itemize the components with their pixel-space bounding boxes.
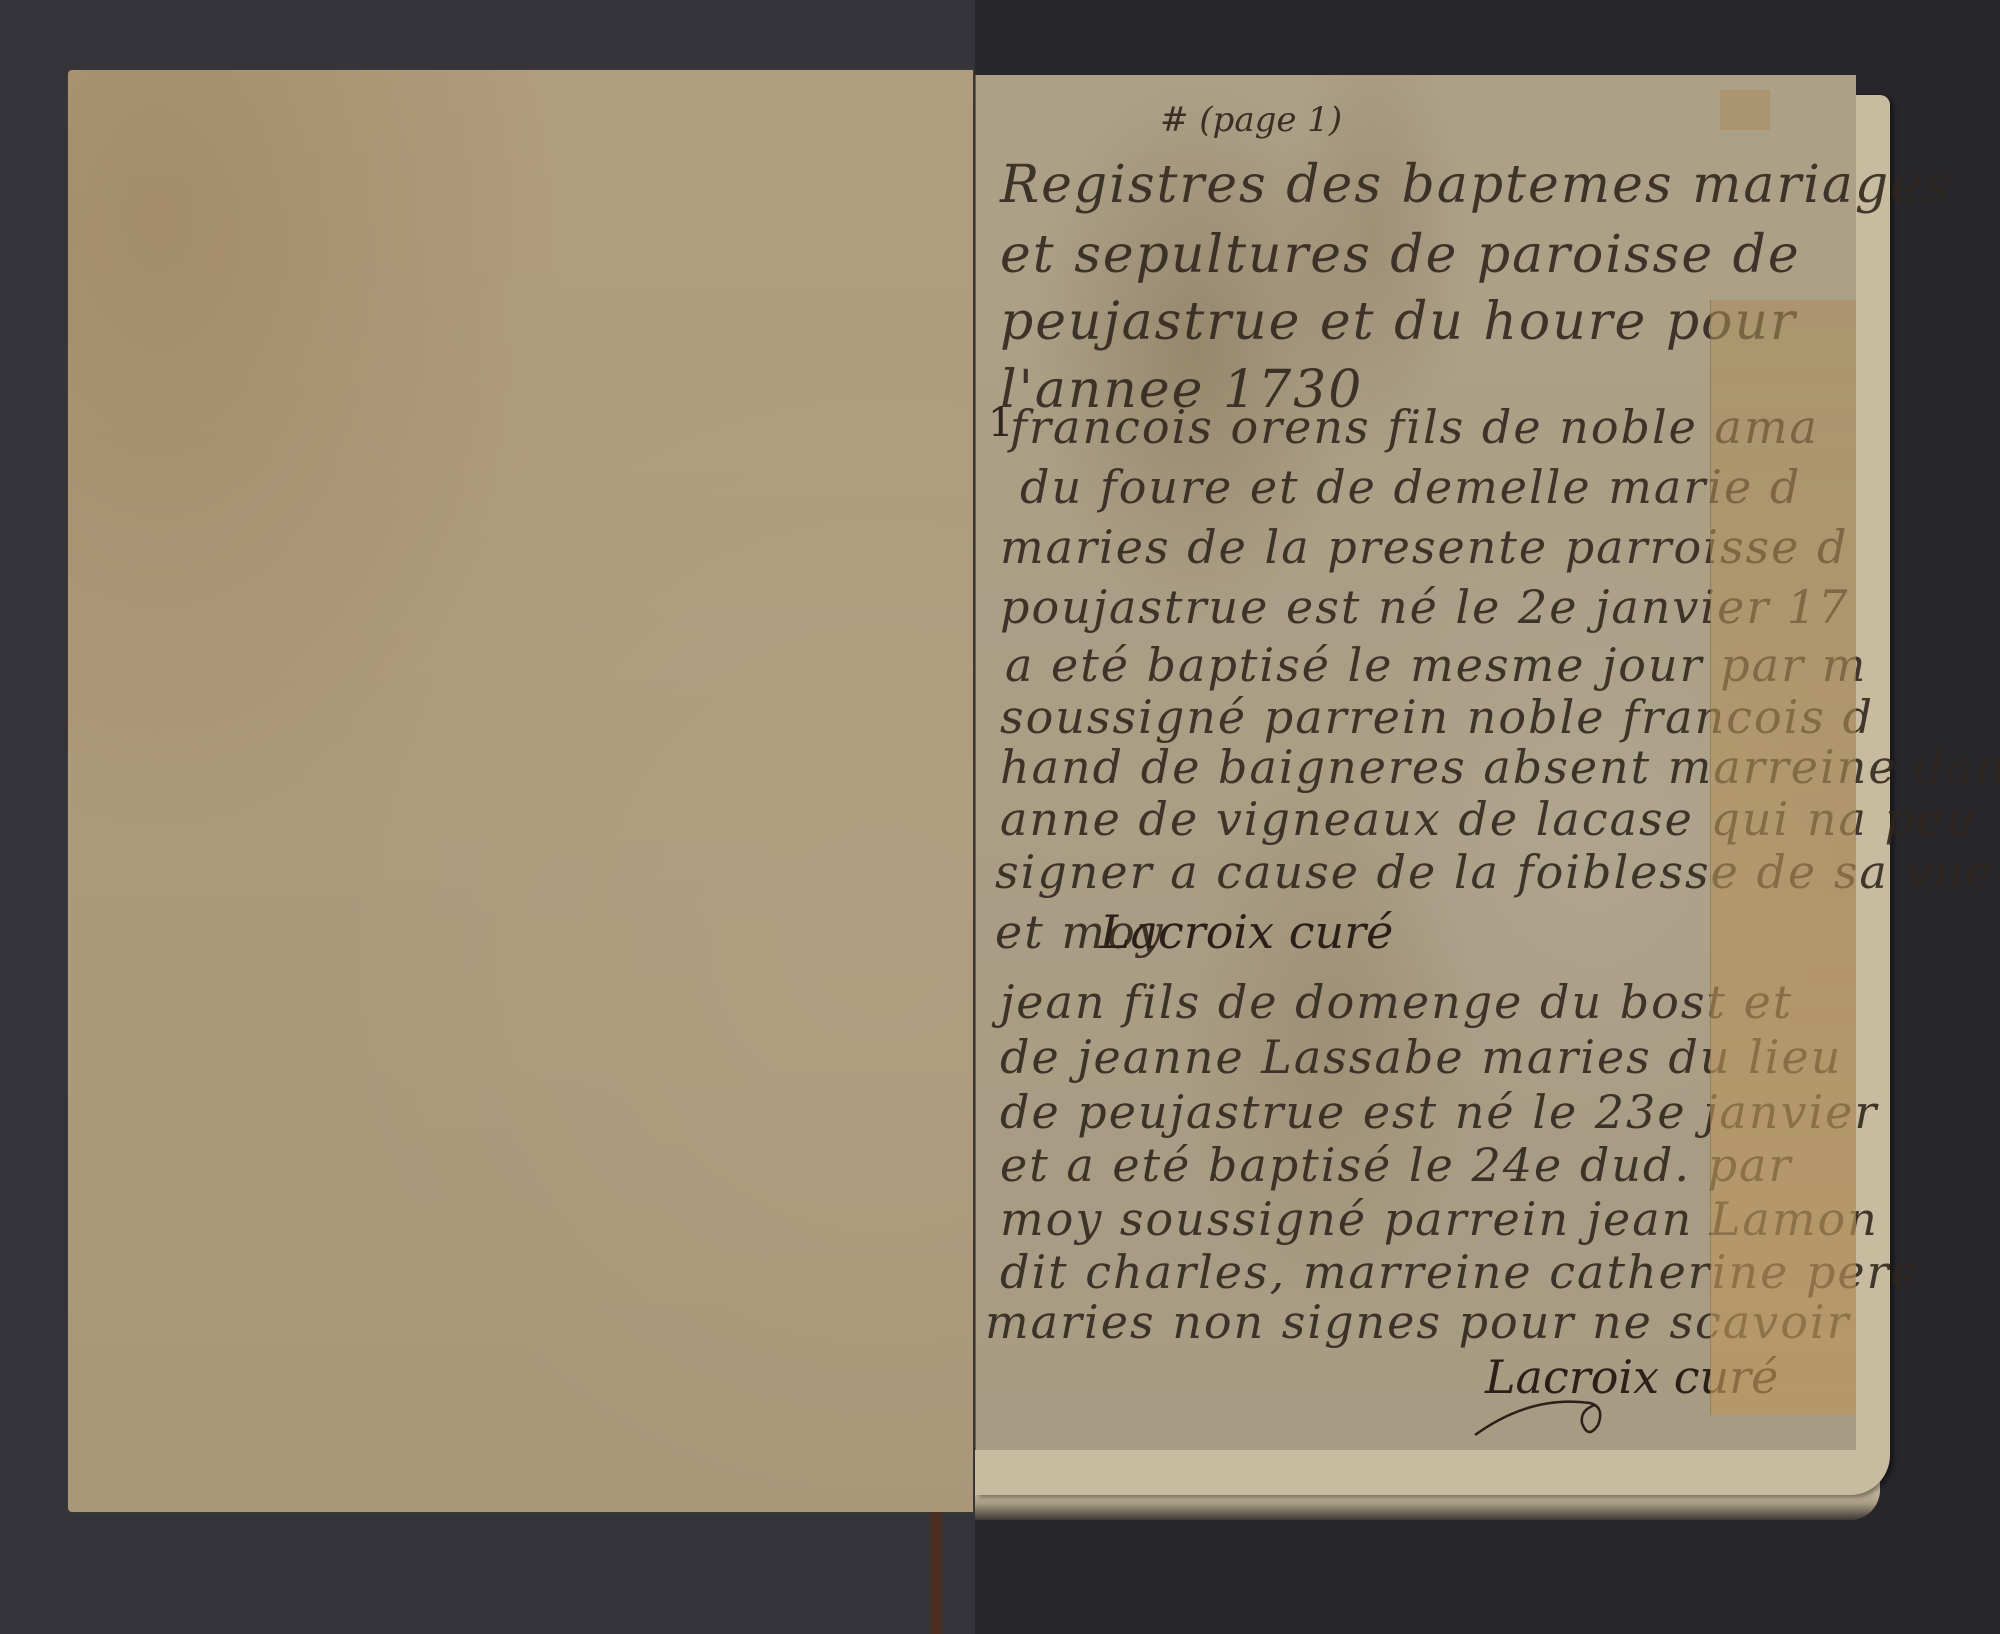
repair-tape-strip [1710,300,1856,1415]
heading-line-1: Registres des baptemes mariages [1000,155,1952,215]
entry-1-line-1: francois orens fils de noble ama [1010,400,1819,454]
page-number-annotation: # (page 1) [1160,100,1342,140]
signature-flourish [1470,1385,1610,1445]
repair-tape-top [1720,90,1770,130]
entry-2-line-1: jean fils de domenge du bost et [1000,975,1793,1029]
left-blank-page [68,70,973,1512]
bookmark-ribbon [930,1512,942,1634]
entry-1-signature: Lacroix curé [1100,905,1393,959]
heading-line-3: peujastrue et du houre pour [1000,292,1797,352]
entry-1-line-2: du foure et de demelle marie d [1020,460,1801,514]
heading-line-2: et sepultures de paroisse de [1000,225,1801,285]
entry-2-line-4: et a eté baptisé le 24e dud. par [1000,1138,1792,1192]
